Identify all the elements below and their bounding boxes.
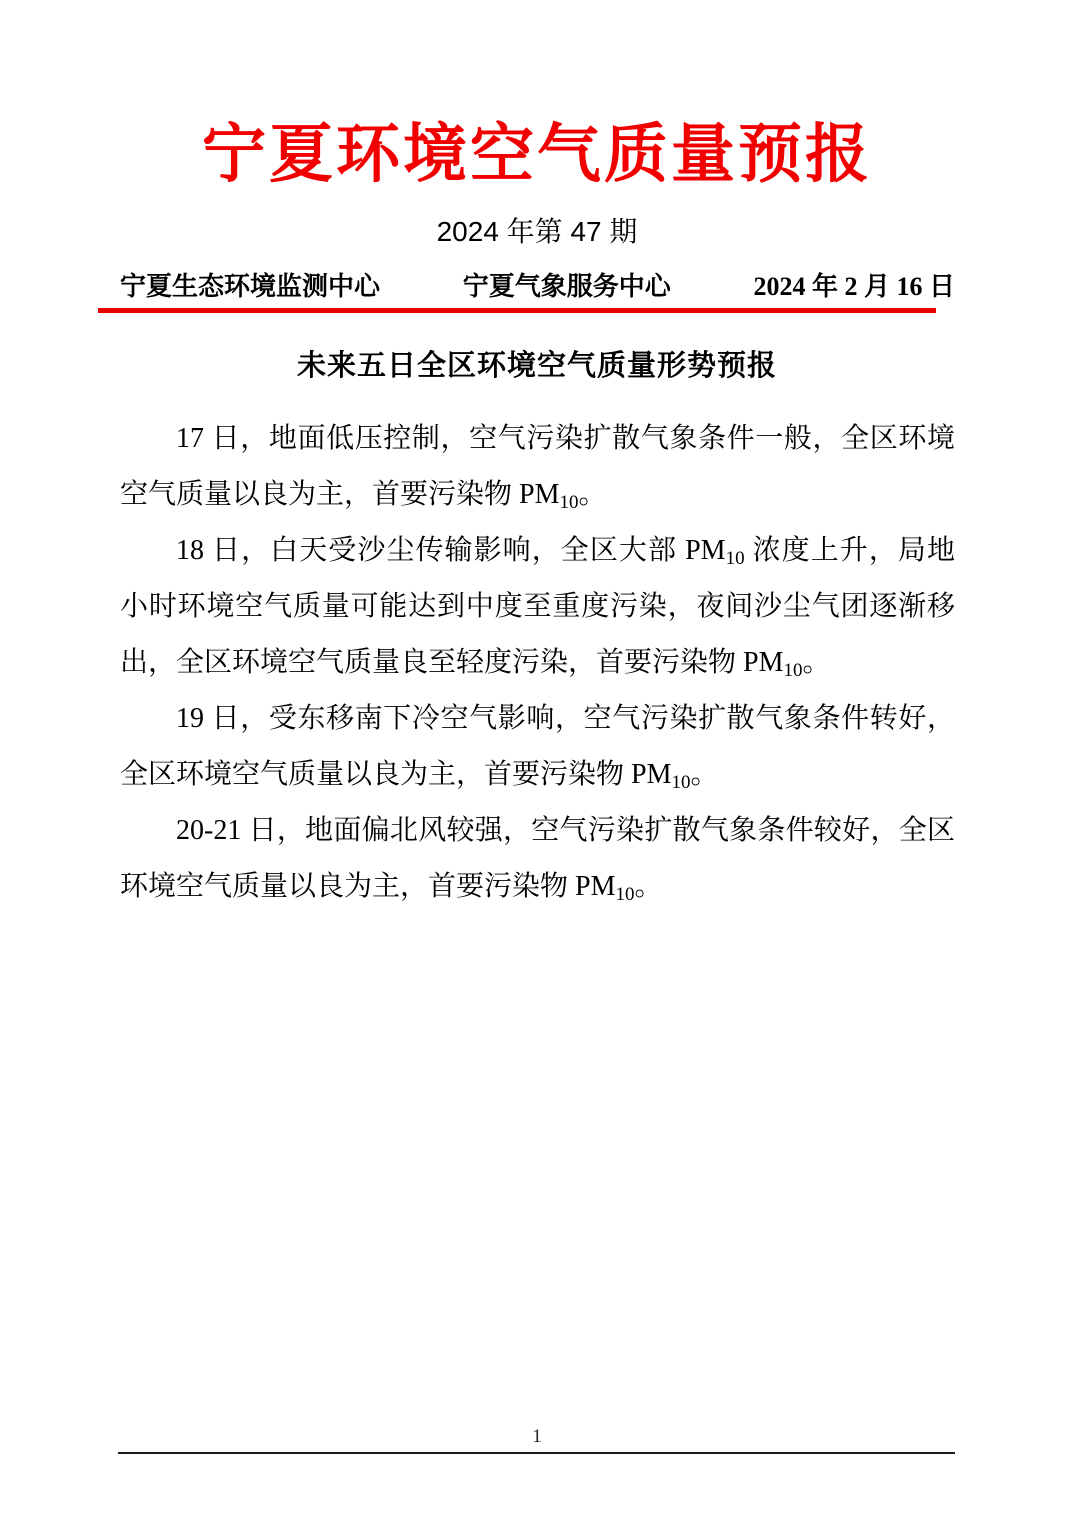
forecast-body: 17 日，地面低压控制，空气污染扩散气象条件一般，全区环境空气质量以良为主，首要… (120, 411, 955, 915)
subscript-text: 10 (726, 548, 745, 569)
section-title: 未来五日全区环境空气质量形势预报 (0, 345, 1074, 387)
issuing-org-center: 宁夏气象服务中心 (463, 270, 671, 302)
issuing-org-left: 宁夏生态环境监测中心 (120, 270, 380, 302)
page-number: 1 (0, 1424, 1074, 1450)
issuing-header-row: 宁夏生态环境监测中心 宁夏气象服务中心 2024 年 2 月 16 日 (120, 270, 955, 303)
forecast-paragraph-day18: 18 日，白天受沙尘传输影响，全区大部 PM10 浓度上升，局地小时环境空气质量… (120, 523, 955, 691)
forecast-paragraph-day20-21: 20-21 日，地面偏北风较强，空气污染扩散气象条件较好，全区环境空气质量以良为… (120, 803, 955, 915)
footer-rule (118, 1452, 955, 1454)
issue-date: 2024 年 2 月 16 日 (753, 271, 955, 303)
red-divider-rule (98, 308, 936, 313)
subscript-text: 10 (783, 660, 802, 681)
issue-number: 2024 年第 47 期 (0, 212, 1074, 252)
forecast-paragraph-day17: 17 日，地面低压控制，空气污染扩散气象条件一般，全区环境空气质量以良为主，首要… (120, 411, 955, 523)
subscript-text: 10 (559, 492, 578, 513)
subscript-text: 10 (615, 884, 634, 905)
forecast-paragraph-day19: 19 日，受东移南下冷空气影响，空气污染扩散气象条件转好，全区环境空气质量以良为… (120, 691, 955, 803)
document-page: 宁夏环境空气质量预报 2024 年第 47 期 宁夏生态环境监测中心 宁夏气象服… (0, 0, 1074, 1520)
subscript-text: 10 (671, 772, 690, 793)
document-title: 宁夏环境空气质量预报 (0, 112, 1074, 198)
